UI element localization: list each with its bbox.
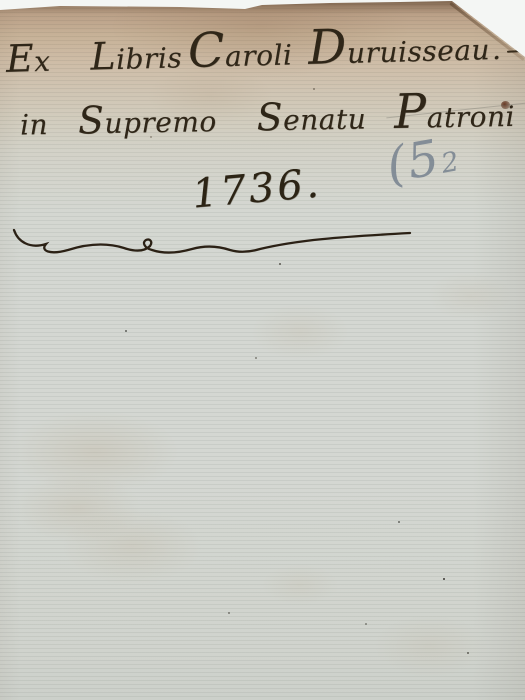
page-top-edge xyxy=(0,0,525,14)
inscription-word: Duruisseau xyxy=(308,33,490,71)
inscription-word: Supremo xyxy=(78,105,217,140)
inscription-word: in xyxy=(20,108,49,141)
paper-specks xyxy=(0,0,2,2)
inscription-word: Libris xyxy=(90,41,183,76)
inscription-word: Caroli xyxy=(188,38,293,74)
photo-background: Ex Libris Caroli Duruisseau . in Supremo… xyxy=(0,0,525,700)
inscription-word: Patroni xyxy=(394,100,515,135)
inscription-word: Ex xyxy=(6,45,51,79)
flourish-underline xyxy=(6,220,418,260)
book-page: Ex Libris Caroli Duruisseau . in Supremo… xyxy=(0,0,525,700)
inscription-word: Senatu xyxy=(256,102,366,137)
ink-dash xyxy=(507,47,525,53)
inscription-period: . xyxy=(492,33,502,66)
